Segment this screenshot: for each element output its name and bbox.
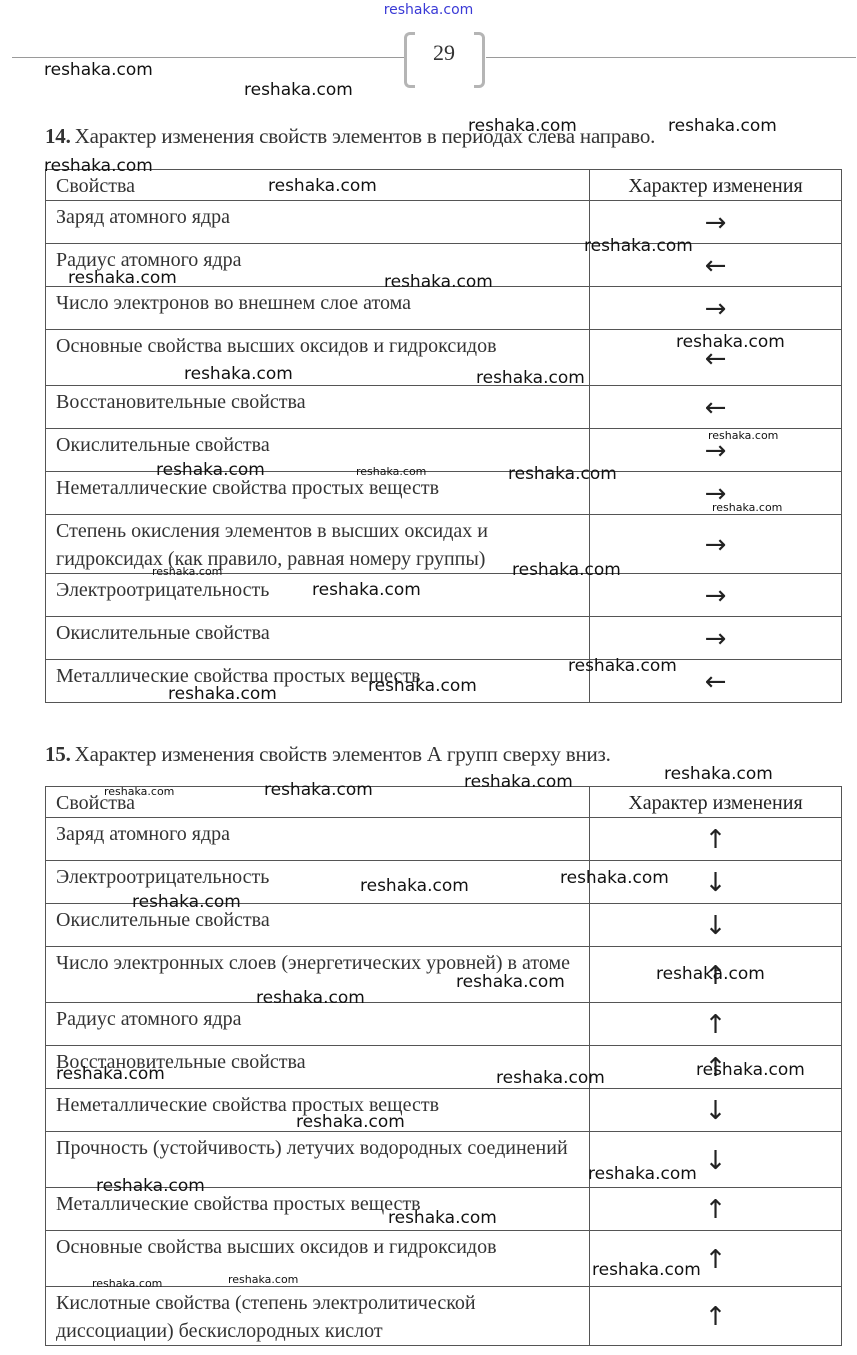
watermark-text: reshaka.com [104,785,174,798]
section-15-heading: 15.Характер изменения свойств элементов … [45,742,611,767]
section-14-number: 14. [45,124,71,148]
watermark-text: reshaka.com [184,364,293,384]
watermark-text: reshaka.com [44,60,153,80]
watermark-text: reshaka.com [228,1273,298,1286]
watermark-text: reshaka.com [508,464,617,484]
property-cell: Восстановительные свойства [46,386,590,429]
watermark-text: reshaka.com [388,1208,497,1228]
table-row: Радиус атомного ядра↑ [46,1003,842,1046]
change-arrow-icon: ↑ [590,818,842,861]
watermark-text: reshaka.com [456,972,565,992]
property-cell: Заряд атомного ядра [46,201,590,244]
change-arrow-icon: ↓ [590,1089,842,1132]
watermark-text: reshaka.com [368,676,477,696]
section-15-title: Характер изменения свойств элементов А г… [75,742,611,766]
table-row: Число электронов во внешнем слое атома→ [46,287,842,330]
watermark-text: reshaka.com [384,272,493,292]
watermark-text: reshaka.com [360,876,469,896]
watermark-text: reshaka.com [264,780,373,800]
property-cell: Число электронов во внешнем слое атома [46,287,590,330]
table-row: Восстановительные свойства← [46,386,842,429]
watermark-text: reshaka.com [256,988,365,1008]
header-rule-left [12,57,404,58]
watermark-text: reshaka.com [268,176,377,196]
change-arrow-icon: → [590,574,842,617]
watermark-text: reshaka.com [496,1068,605,1088]
property-cell: Степень окисления элементов в высших окс… [46,515,590,574]
watermark-text: reshaka.com [676,332,785,352]
column-header-change: Характер изменения [590,170,842,201]
table-row: Электроотрицательность→ [46,574,842,617]
change-arrow-icon: ↑ [590,1003,842,1046]
watermark-text: reshaka.com [476,368,585,388]
watermark-text: reshaka.com [244,80,353,100]
watermark-text: reshaka.com [96,1176,205,1196]
watermark-text: reshaka.com [68,268,177,288]
watermark-text: reshaka.com [92,1277,162,1290]
property-cell: Радиус атомного ядра [46,1003,590,1046]
property-cell: Металлические свойства простых веществ [46,660,590,703]
watermark-text: reshaka.com [152,565,222,578]
watermark-text: reshaka.com [708,429,778,442]
table-row: Неметаллические свойства простых веществ… [46,1089,842,1132]
change-arrow-icon: ↓ [590,904,842,947]
watermark-text: reshaka.com [592,1260,701,1280]
watermark-text: reshaka.com [296,1112,405,1132]
watermark-text: reshaka.com [560,868,669,888]
table-row: Кислотные свойства (степень электролитич… [46,1287,842,1346]
watermark-text: reshaka.com [668,116,777,136]
property-cell: Окислительные свойства [46,617,590,660]
table-header-row: Свойства Характер изменения [46,170,842,201]
section-15-number: 15. [45,742,71,766]
property-cell: Окислительные свойства [46,904,590,947]
watermark-text: reshaka.com [656,964,765,984]
change-arrow-icon: → [590,515,842,574]
header-rule-right [486,57,856,58]
column-header-change: Характер изменения [590,787,842,818]
watermark-text: reshaka.com [584,236,693,256]
watermark-text: reshaka.com [512,560,621,580]
watermark-text: reshaka.com [468,116,577,136]
watermark-text: reshaka.com [664,764,773,784]
watermark-text: reshaka.com [156,460,265,480]
watermark-text: reshaka.com [56,1064,165,1084]
change-arrow-icon: → [590,287,842,330]
change-arrow-icon: → [590,617,842,660]
watermark-text: reshaka.com [132,892,241,912]
watermark-text: reshaka.com [696,1060,805,1080]
watermark-text: reshaka.com [568,656,677,676]
change-arrow-icon: ↑ [590,1188,842,1231]
change-arrow-icon: ↑ [590,1287,842,1346]
property-cell: Электроотрицательность [46,861,590,904]
property-cell: Заряд атомного ядра [46,818,590,861]
site-link[interactable]: reshaka.com [0,2,857,18]
watermark-text: reshaka.com [168,684,277,704]
table-row: Заряд атомного ядра→ [46,201,842,244]
change-arrow-icon: ← [590,386,842,429]
page-number: 29 [404,30,484,86]
table-row: Заряд атомного ядра↑ [46,818,842,861]
watermark-text: reshaka.com [356,465,426,478]
watermark-text: reshaka.com [464,772,573,792]
watermark-text: reshaka.com [588,1164,697,1184]
property-cell: Кислотные свойства (степень электролитич… [46,1287,590,1346]
table-row: Окислительные свойства→ [46,617,842,660]
watermark-text: reshaka.com [712,501,782,514]
watermark-text: reshaka.com [44,156,153,176]
watermark-text: reshaka.com [312,580,421,600]
table-row: Основные свойства высших оксидов и гидро… [46,1231,842,1287]
